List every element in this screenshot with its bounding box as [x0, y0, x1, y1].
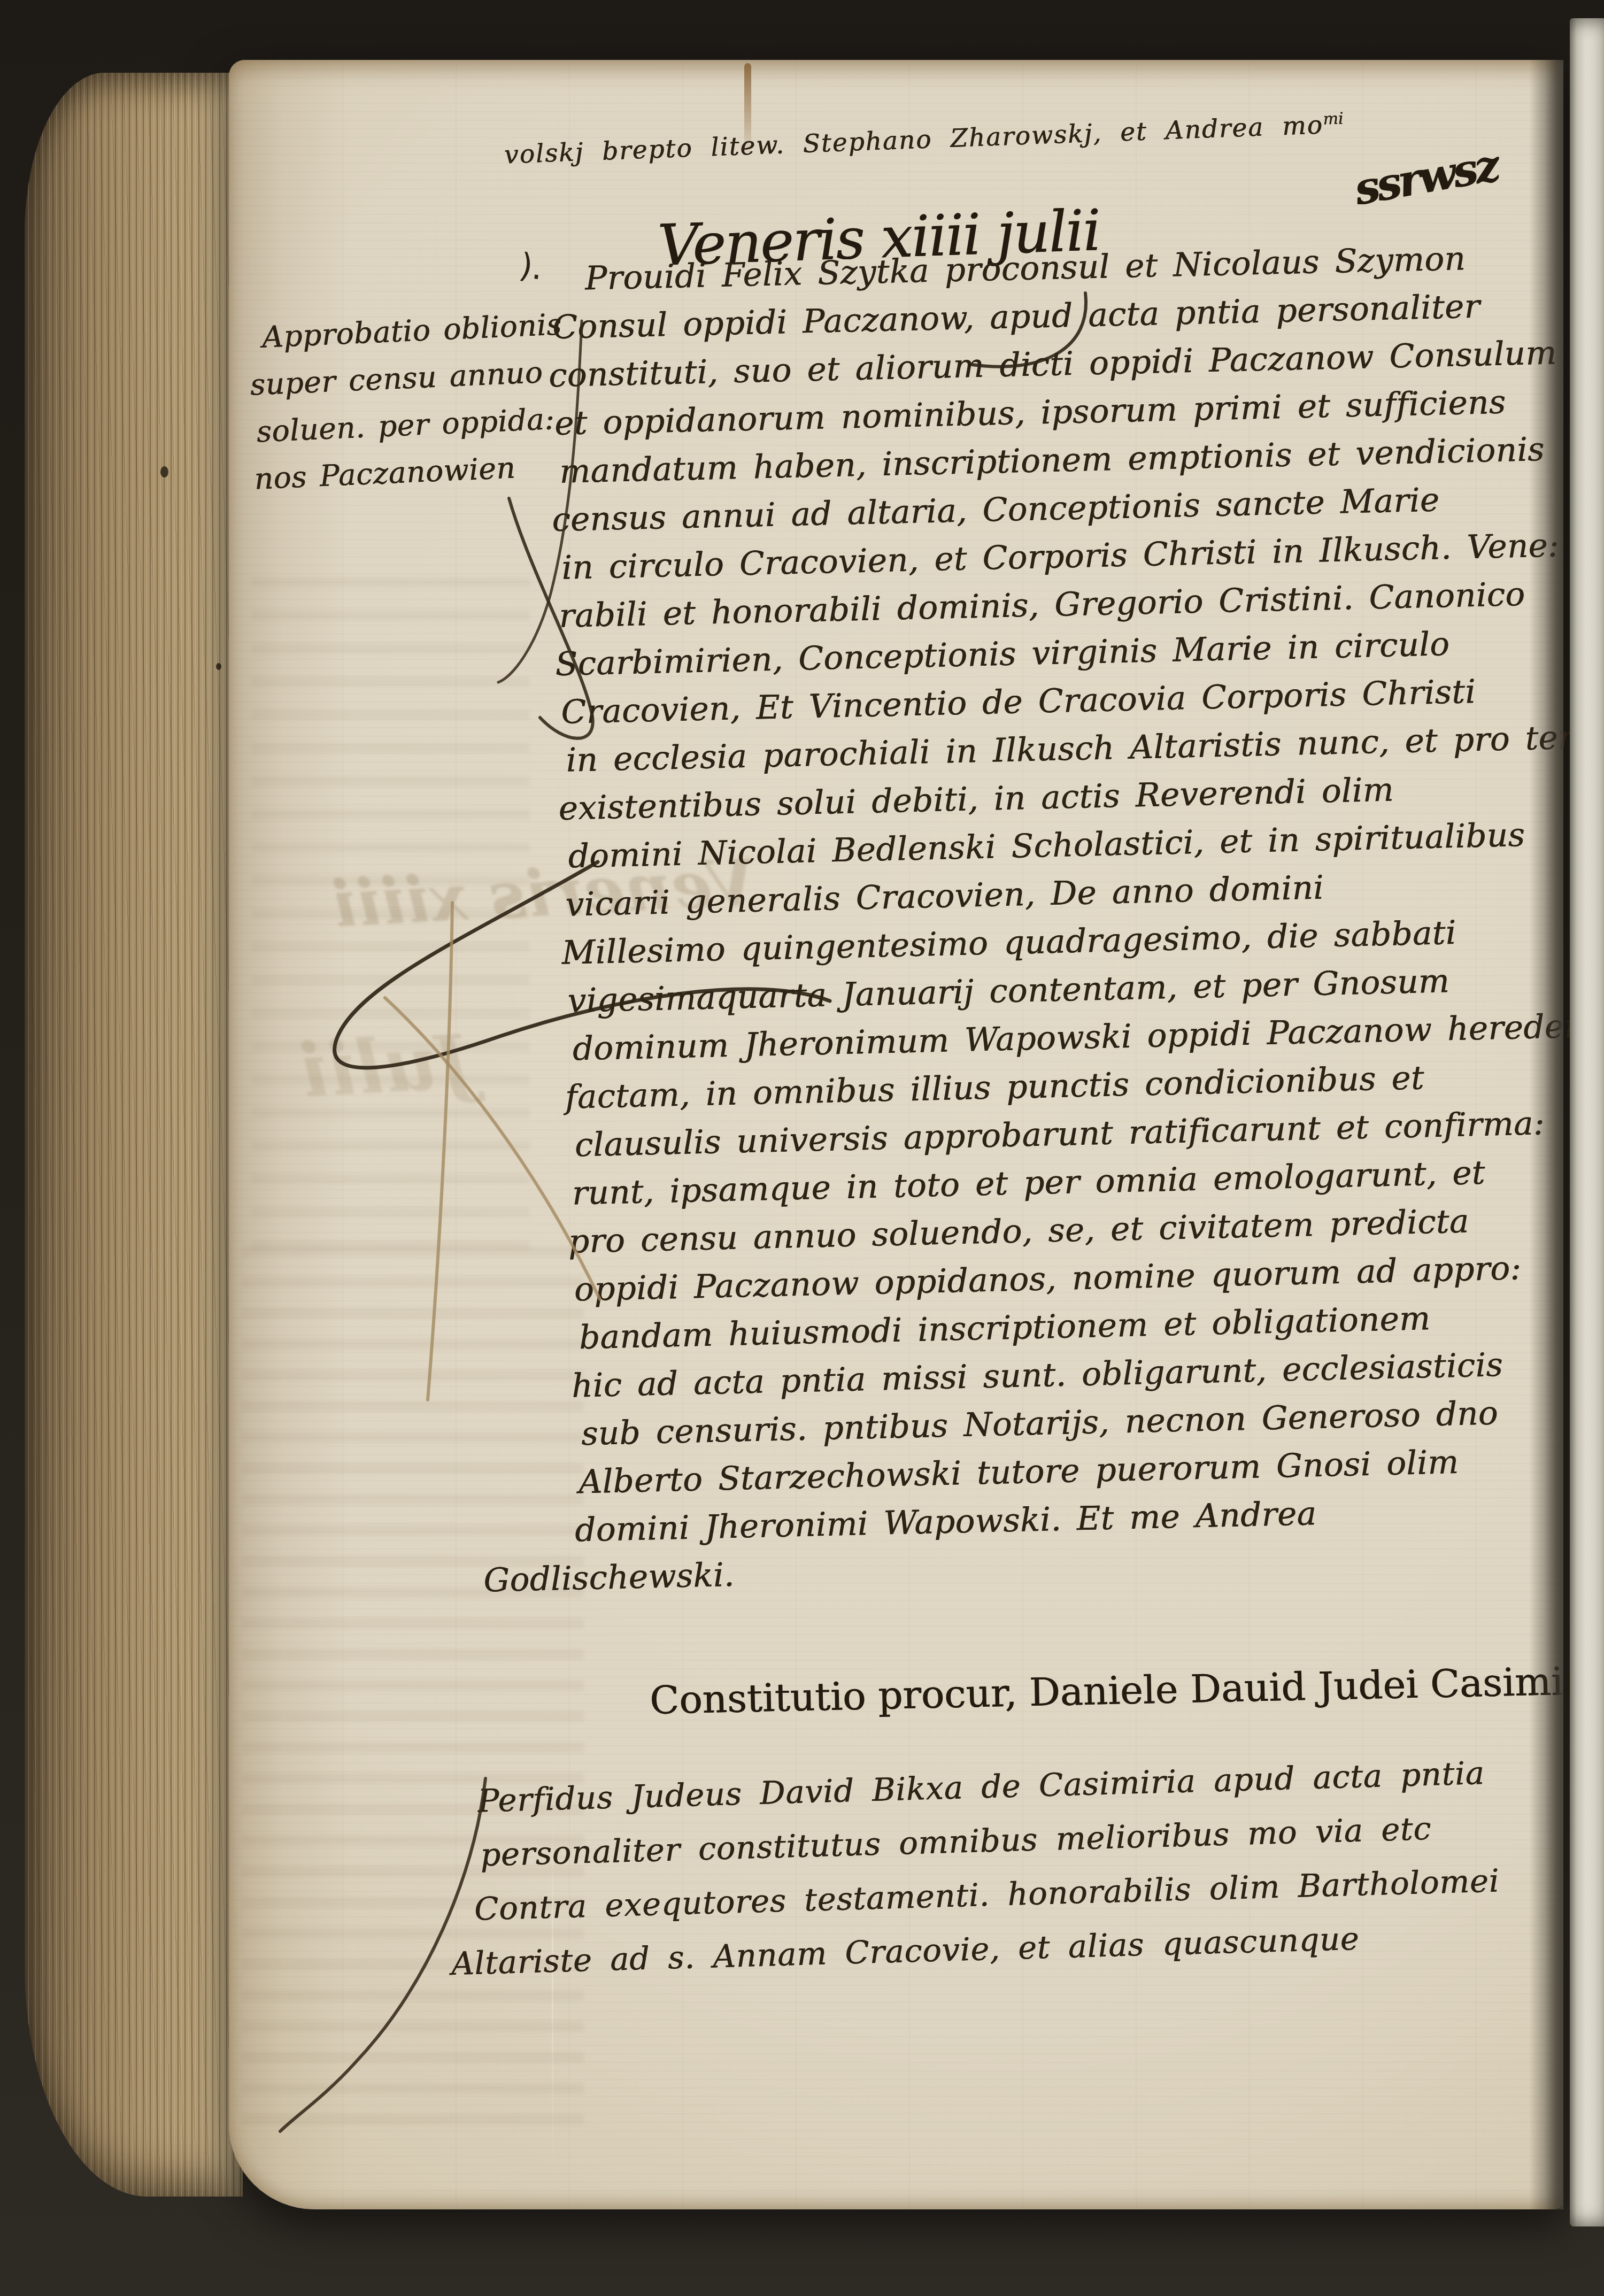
gutter-shadow [1529, 60, 1563, 2209]
bleed-through-shadow [242, 1246, 584, 2133]
book-fore-edge [25, 73, 243, 2197]
margin-summary-note: Approbatio oblionis super censu annuo so… [247, 299, 597, 503]
photograph-background: Veneris xiiii Julii volskj brepto litew.… [0, 0, 1604, 2296]
header-addition-superscript: mi [1323, 109, 1344, 128]
fore-edge-speck [160, 466, 168, 477]
bleed-through-text: Julii [297, 1018, 474, 1114]
page-edge-striations [25, 73, 243, 2197]
entry2-body-text: Perfidus Judeus David Bikxa de Casimiria… [471, 1743, 1577, 1990]
entry1-body-text: Prouidi Felix Szytka proconsul et Nicola… [551, 232, 1604, 1602]
fore-edge-speck [216, 663, 221, 670]
next-page-edge [1570, 18, 1604, 2226]
